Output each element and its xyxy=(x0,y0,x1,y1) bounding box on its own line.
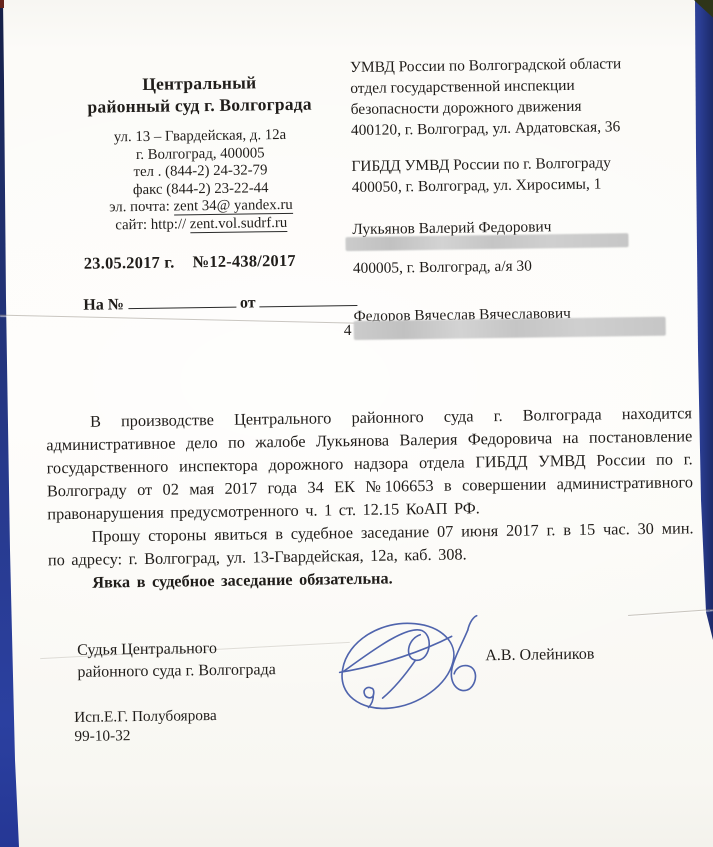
date-number-row: 23.05.2017 г.№12-438/2017 xyxy=(84,250,344,274)
letter-number: №12-438/2017 xyxy=(192,251,296,271)
executor-block: Исп.Е.Г. Полубоярова 99-10-32 xyxy=(74,706,217,746)
site-value: zent.vol.sudrf.ru xyxy=(190,215,288,233)
recipient-org1-line4: 400120, г. Волгоград, ул. Ардатовская, 3… xyxy=(351,115,681,141)
handwritten-signature xyxy=(329,602,483,722)
executor-phone: 99-10-32 xyxy=(74,725,217,746)
ref-label-na: На № xyxy=(83,296,124,314)
site-label: сайт: xyxy=(115,217,147,233)
site-prefix: http:// xyxy=(151,216,187,232)
letter-content: Центральный районный суд г. Волгограда у… xyxy=(0,0,713,847)
body-paragraph-1: В производстве Центрального районного су… xyxy=(46,401,694,525)
reference-row: На № от xyxy=(83,292,357,315)
reference-number-blank xyxy=(128,294,236,310)
redacted-address-person2 xyxy=(354,317,666,340)
court-site-line: сайт: http:// zent.vol.sudrf.ru xyxy=(55,214,347,236)
email-value: zent 34@ yandex.ru xyxy=(173,197,292,216)
letter-date: 23.05.2017 г. xyxy=(84,253,175,273)
signer-title-line1: Судья Центрального xyxy=(77,637,276,662)
scanned-court-letter: Центральный районный суд г. Волгограда у… xyxy=(0,0,713,847)
recipient-person1-address: 400005, г. Волгоград, а/я 30 xyxy=(353,253,683,279)
sender-court-block: Центральный районный суд г. Волгограда у… xyxy=(53,70,347,236)
letter-body: В производстве Центрального районного су… xyxy=(46,401,695,594)
ref-label-ot: от xyxy=(240,294,256,311)
recipient-org2-line2: 400050, г. Волгоград, ул. Хиросимы, 1 xyxy=(352,172,682,198)
redacted-address-person1 xyxy=(345,233,628,251)
signer-title: Судья Центрального районного суда г. Вол… xyxy=(77,637,276,684)
email-label: эл. почта: xyxy=(109,199,170,216)
reference-date-blank xyxy=(259,292,357,307)
executor-name: Исп.Е.Г. Полубоярова xyxy=(74,706,217,727)
court-name-line2: районный суд г. Волгограда xyxy=(53,92,345,118)
recipient-person2-address-fragment: 4 xyxy=(344,322,352,340)
signer-title-line2: районного суда г. Волгограда xyxy=(77,659,276,684)
signer-name: А.В. Олейников xyxy=(485,644,594,668)
